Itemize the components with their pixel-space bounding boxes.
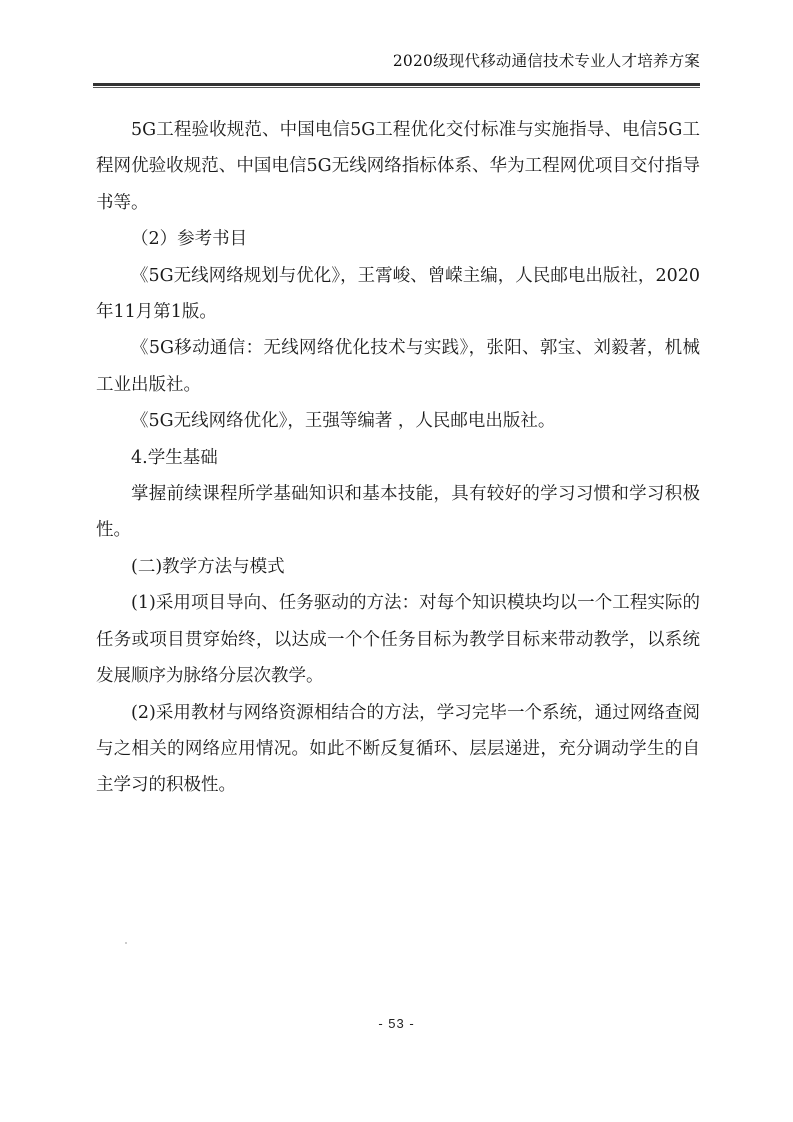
paragraph-method-2: (2)采用教材与网络资源相结合的方法，学习完毕一个系统，通过网络查阅与之相关的网… bbox=[96, 695, 700, 804]
heading-reference-books: （2）参考书目 bbox=[96, 221, 700, 257]
reference-book-1: 《5G无线网络规划与优化》，王霄峻、曾嵘主编，人民邮电出版社，2020年11月第… bbox=[96, 258, 700, 331]
running-header-title: 2020级现代移动通信技术专业人才培养方案 bbox=[393, 49, 700, 71]
paragraph-student-basis: 掌握前续课程所学基础知识和基本技能，具有较好的学习习惯和学习积极性。 bbox=[96, 476, 700, 549]
scan-artifact-dot bbox=[125, 942, 127, 944]
paragraph-standards: 5G工程验收规范、中国电信5G工程优化交付标准与实施指导、电信5G工程网优验收规… bbox=[96, 112, 700, 221]
reference-book-3: 《5G无线网络优化》，王强等编著 ，人民邮电出版社。 bbox=[96, 403, 700, 439]
page-number: - 53 - bbox=[0, 1016, 793, 1031]
heading-student-basis: 4.学生基础 bbox=[96, 440, 700, 476]
reference-book-2: 《5G移动通信：无线网络优化技术与实践》，张阳、郭宝、刘毅著，机械工业出版社。 bbox=[96, 330, 700, 403]
header-rule-thin bbox=[93, 87, 700, 88]
document-body: 5G工程验收规范、中国电信5G工程优化交付标准与实施指导、电信5G工程网优验收规… bbox=[96, 112, 700, 804]
paragraph-method-1: (1)采用项目导向、任务驱动的方法：对每个知识模块均以一个工程实际的任务或项目贯… bbox=[96, 585, 700, 694]
header-rule bbox=[93, 83, 700, 89]
header-rule-thick bbox=[93, 83, 700, 86]
heading-teaching-methods: (二)教学方法与模式 bbox=[96, 549, 700, 585]
